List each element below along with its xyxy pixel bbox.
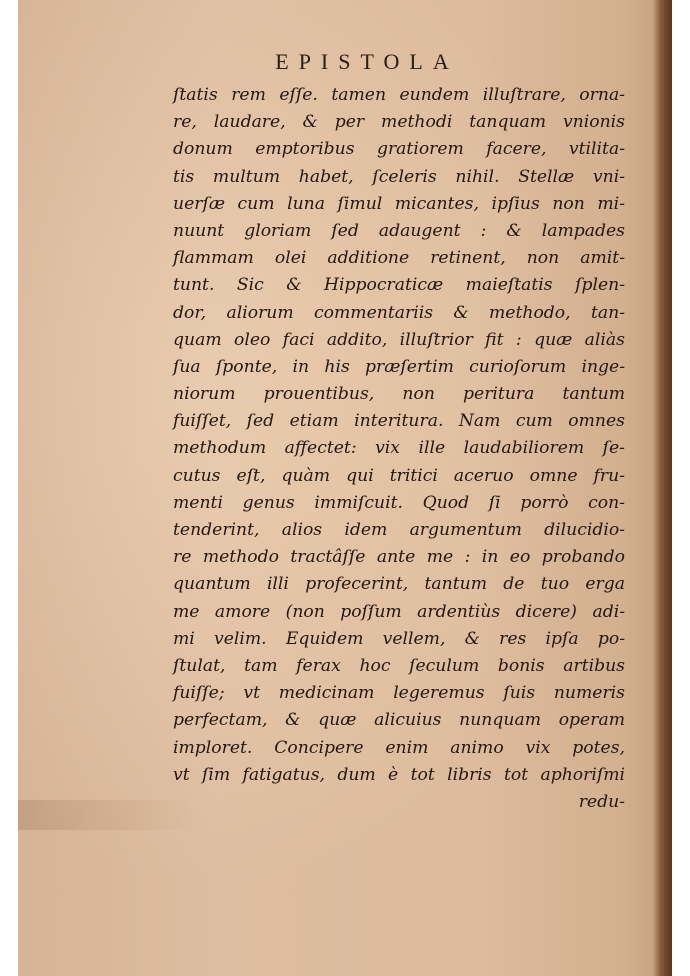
text-line: cutus eſt, quàm qui tritici aceruo omne … (173, 463, 625, 490)
text-line: quantum illi profecerint, tantum de tuo … (173, 571, 625, 598)
text-line: nuunt gloriam ſed adaugent : & lampades (173, 218, 625, 245)
text-line: niorum prouentibus, non peritura tantum (173, 381, 625, 408)
text-line: mi velim. Equidem vellem, & res ipſa po- (173, 626, 625, 653)
text-line: uerſæ cum luna ſimul micantes, ipſius no… (173, 191, 625, 218)
text-line: fuiſſe; vt medicinam legeremus ſuis nume… (173, 680, 625, 707)
text-line: perfectam, & quæ alicuius nunquam operam (173, 707, 625, 734)
text-line: ſtatis rem eſſe. tamen eundem illuſtrare… (173, 82, 625, 109)
book-page: EPISTOLA ſtatis rem eſſe. tamen eundem i… (18, 0, 672, 976)
text-line: re, laudare, & per methodi tanquam vnion… (173, 109, 625, 136)
text-line: menti genus immiſcuit. Quod ſi porrò con… (173, 490, 625, 517)
text-line: flammam olei additione retinent, non ami… (173, 245, 625, 272)
text-line: donum emptoribus gratiorem facere, vtili… (173, 136, 625, 163)
text-line: methodum affectet: vix ille laudabiliore… (173, 435, 625, 462)
text-line: ſtulat, tam ferax hoc ſeculum bonis arti… (173, 653, 625, 680)
text-line: tis multum habet, ſceleris nihil. Stellæ… (173, 164, 625, 191)
text-line: tenderint, alios idem argumentum dilucid… (173, 517, 625, 544)
catchword: redu- (173, 789, 625, 816)
text-line: tunt. Sic & Hippocraticæ maieſtatis ſple… (173, 272, 625, 299)
text-line: dor, aliorum commentariis & methodo, tan… (173, 300, 625, 327)
body-text: ſtatis rem eſſe. tamen eundem illuſtrare… (173, 82, 625, 816)
text-line: me amore (non poſſum ardentiùs dicere) a… (173, 599, 625, 626)
text-line: imploret. Concipere enim animo vix potes… (173, 735, 625, 762)
text-line: quam oleo faci addito, illuſtrior fit : … (173, 327, 625, 354)
text-line: fuiſſet, ſed etiam interitura. Nam cum o… (173, 408, 625, 435)
running-head: EPISTOLA (18, 49, 672, 75)
text-line: ſua ſponte, in his præſertim curioſorum … (173, 354, 625, 381)
paper-stain (18, 800, 198, 830)
text-line: re methodo tractâſſe ante me : in eo pro… (173, 544, 625, 571)
text-line: vt ſim fatigatus, dum è tot libris tot a… (173, 762, 625, 789)
